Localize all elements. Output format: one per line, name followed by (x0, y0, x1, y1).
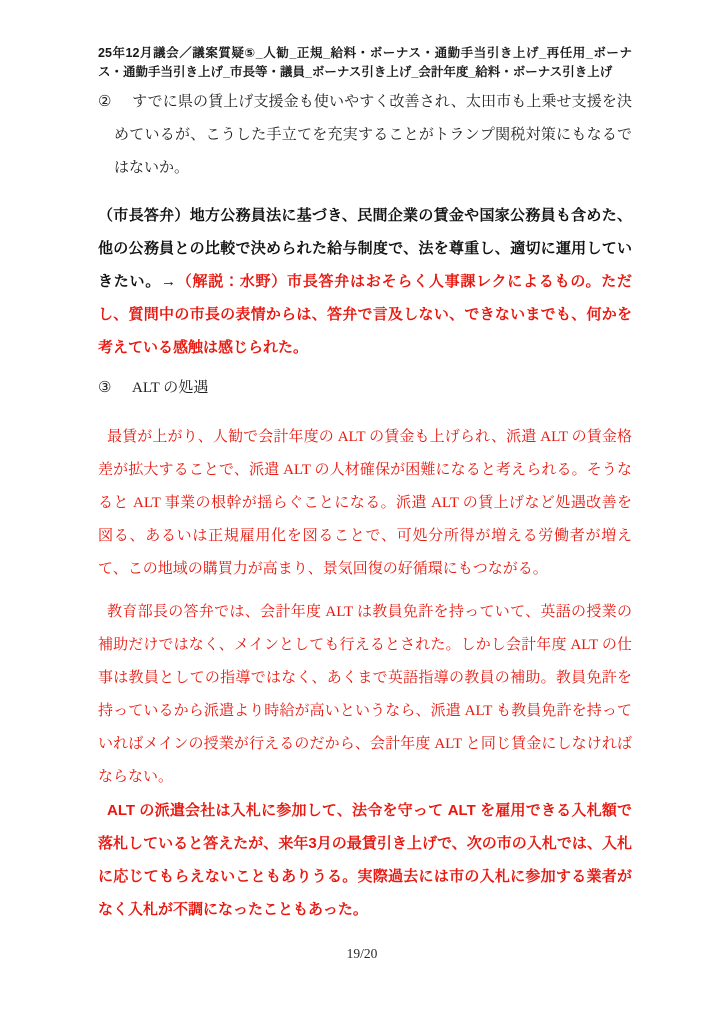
item-3-title: ALT の処遇 (132, 380, 208, 396)
document-title: 25年12月議会／議案質疑⑤_人勧_正規_給料・ボーナス・通勤手当引き上げ_再任… (98, 44, 632, 82)
question-item-2: ②すでに県の賃上げ支援金も使いやすく改善され、太田市も上乗せ支援を決めているが、… (98, 86, 632, 185)
alt-paragraph-3: ALT の派遣会社は入札に参加して、法令を守って ALT を雇用できる入札額で落… (98, 794, 632, 926)
item-3-number: ③ (98, 372, 132, 405)
document-content: 25年12月議会／議案質疑⑤_人勧_正規_給料・ボーナス・通勤手当引き上げ_再任… (98, 44, 632, 926)
alt-paragraph-2: 教育部長の答弁では、会計年度 ALT は教員免許を持っていて、英語の授業の補助だ… (98, 596, 632, 794)
commentary-text: （解説：水野）市長答弁はおそらく人事課レクによるもの。ただし、質問中の市長の表情… (98, 273, 632, 356)
item-2-text: すでに県の賃上げ支援金も使いやすく改善され、太田市も上乗せ支援を決めているが、こ… (114, 94, 632, 176)
item-2-number: ② (98, 86, 132, 119)
alt-paragraph-1: 最賃が上がり、人勧で会計年度の ALT の賃金も上げられ、派遣 ALT の賃金格… (98, 421, 632, 586)
question-item-3: ③ALT の処遇 (98, 372, 632, 405)
page-number: 19/20 (0, 944, 724, 964)
document-page: 25年12月議会／議案質疑⑤_人勧_正規_給料・ボーナス・通勤手当引き上げ_再任… (0, 0, 724, 1024)
mayor-answer-paragraph: （市長答弁）地方公務員法に基づき、民間企業の賃金や国家公務員も含めた、他の公務員… (98, 199, 632, 364)
